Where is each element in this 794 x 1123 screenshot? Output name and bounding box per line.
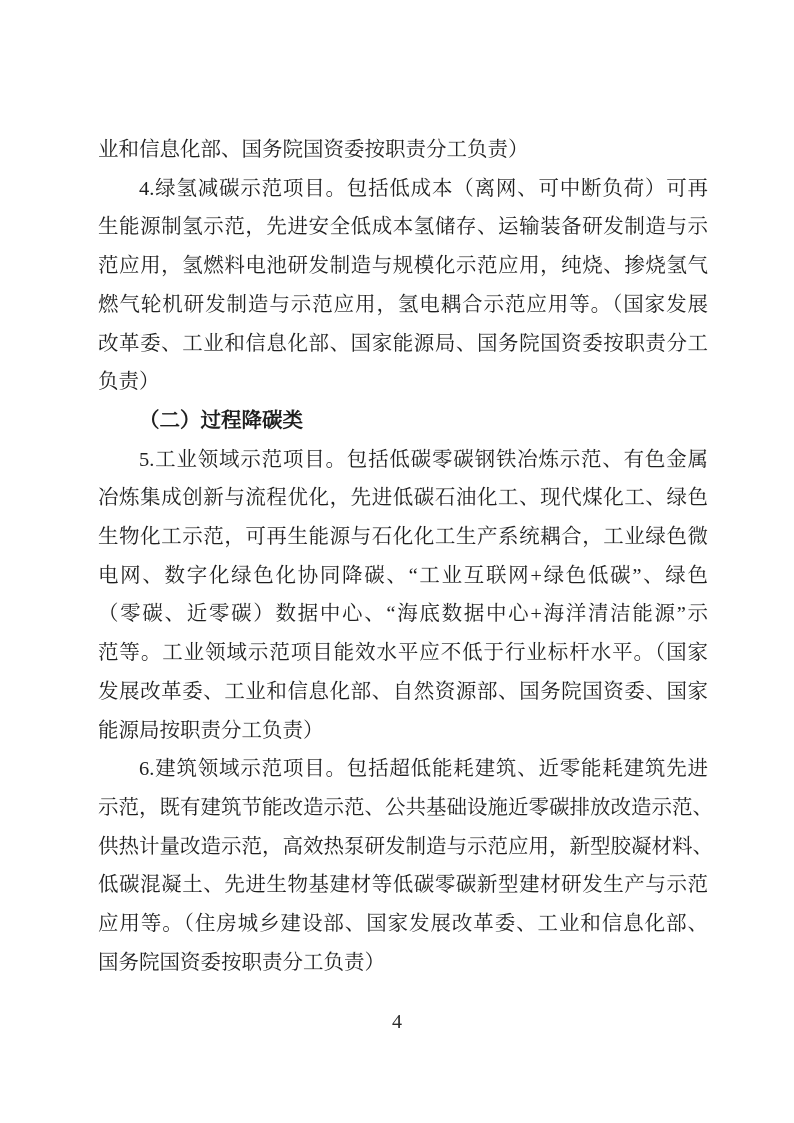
text-line: （零碳、近零碳）数据中心、“海底数据中心+海洋清洁能源”示	[98, 595, 708, 634]
text-line: 燃气轮机研发制造与示范应用，氢电耦合示范应用等。（国家发展	[98, 286, 708, 325]
text-line: 生能源制氢示范，先进安全低成本氢储存、运输装备研发制造与示	[98, 208, 708, 247]
text-line: （二）过程降碳类	[98, 402, 708, 441]
text-line: 4.绿氢减碳示范项目。包括低成本（离网、可中断负荷）可再	[98, 170, 708, 209]
document-page: 业和信息化部、国务院国资委按职责分工负责）4.绿氢减碳示范项目。包括低成本（离网…	[0, 0, 794, 1123]
section-heading: （二）过程降碳类	[98, 402, 708, 441]
text-line: 应用等。（住房城乡建设部、国家发展改革委、工业和信息化部、	[98, 905, 708, 944]
paragraph: 4.绿氢减碳示范项目。包括低成本（离网、可中断负荷）可再生能源制氢示范，先进安全…	[98, 170, 708, 402]
text-column: 业和信息化部、国务院国资委按职责分工负责）4.绿氢减碳示范项目。包括低成本（离网…	[98, 131, 708, 982]
paragraph: 业和信息化部、国务院国资委按职责分工负责）	[98, 131, 708, 170]
page-number: 4	[392, 1011, 402, 1033]
text-line: 范应用，氢燃料电池研发制造与规模化示范应用，纯烧、掺烧氢气	[98, 247, 708, 286]
text-line: 5.工业领域示范项目。包括低碳零碳钢铁冶炼示范、有色金属	[98, 441, 708, 480]
text-line: 低碳混凝土、先进生物基建材等低碳零碳新型建材研发生产与示范	[98, 866, 708, 905]
paragraph: 5.工业领域示范项目。包括低碳零碳钢铁冶炼示范、有色金属冶炼集成创新与流程优化，…	[98, 441, 708, 751]
text-line: 冶炼集成创新与流程优化，先进低碳石油化工、现代煤化工、绿色	[98, 479, 708, 518]
text-line: 负责）	[98, 363, 708, 402]
text-line: 能源局按职责分工负责）	[98, 712, 708, 751]
text-line: 示范，既有建筑节能改造示范、公共基础设施近零碳排放改造示范、	[98, 789, 708, 828]
text-line: 电网、数字化绿色化协同降碳、“工业互联网+绿色低碳”、绿色	[98, 557, 708, 596]
text-line: 发展改革委、工业和信息化部、自然资源部、国务院国资委、国家	[98, 673, 708, 712]
text-line: 6.建筑领域示范项目。包括超低能耗建筑、近零能耗建筑先进	[98, 750, 708, 789]
text-line: 业和信息化部、国务院国资委按职责分工负责）	[98, 131, 708, 170]
text-line: 改革委、工业和信息化部、国家能源局、国务院国资委按职责分工	[98, 325, 708, 364]
page-footer: 4	[0, 1002, 794, 1042]
text-line: 范等。工业领域示范项目能效水平应不低于行业标杆水平。（国家	[98, 634, 708, 673]
paragraph: 6.建筑领域示范项目。包括超低能耗建筑、近零能耗建筑先进示范，既有建筑节能改造示…	[98, 750, 708, 982]
text-line: 生物化工示范，可再生能源与石化化工生产系统耦合，工业绿色微	[98, 518, 708, 557]
text-line: 供热计量改造示范，高效热泵研发制造与示范应用，新型胶凝材料、	[98, 828, 708, 867]
text-line: 国务院国资委按职责分工负责）	[98, 944, 708, 983]
